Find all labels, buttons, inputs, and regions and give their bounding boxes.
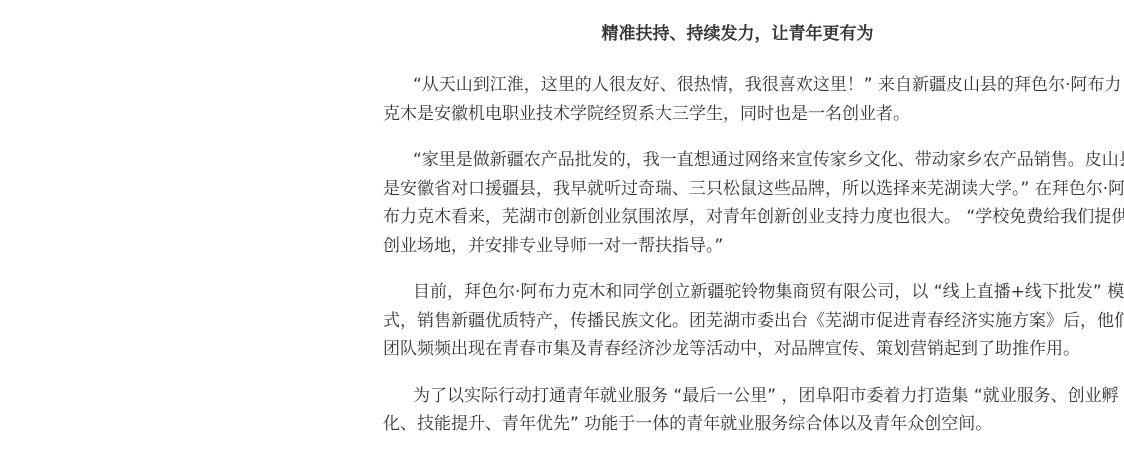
article-paragraph: “从天山到江淮，这里的人很友好、很热情，我很喜欢这里！” 来自新疆皮山县的拜色尔… xyxy=(383,71,1120,128)
paragraph-line: 布力克木看来，芜湖市创新创业氛围浓厚，对青年创新创业支持力度也很大。 “学校免费… xyxy=(383,203,1120,232)
article-paragraph: 为了以实际行动打通青年就业服务 “最后一公里” ，团阜阳市委着力打造集 “就业服… xyxy=(383,382,1120,439)
paragraph-line: 为了以实际行动打通青年就业服务 “最后一公里” ，团阜阳市委着力打造集 “就业服… xyxy=(383,382,1120,411)
article-paragraph: “家里是做新疆农产品批发的，我一直想通过网络来宣传家乡文化、带动家乡农产品销售。… xyxy=(383,146,1120,260)
page: 精准扶持、持续发力，让青年更有为 “从天山到江淮，这里的人很友好、很热情，我很喜… xyxy=(0,0,1124,456)
paragraph-line: 式，销售新疆优质特产，传播民族文化。团芜湖市委出台《芜湖市促进青春经济实施方案》… xyxy=(383,307,1120,336)
paragraph-line: 创业场地，并安排专业导师一对一帮扶指导。” xyxy=(383,232,1120,261)
paragraph-line: “家里是做新疆农产品批发的，我一直想通过网络来宣传家乡文化、带动家乡农产品销售。… xyxy=(383,146,1120,175)
paragraph-line: 目前，拜色尔·阿布力克木和同学创立新疆驼铃物集商贸有限公司，以 “线上直播+线下… xyxy=(383,278,1120,307)
article: 精准扶持、持续发力，让青年更有为 “从天山到江淮，这里的人很友好、很热情，我很喜… xyxy=(383,20,1120,456)
paragraph-line: 克木是安徽机电职业技术学院经贸系大三学生，同时也是一名创业者。 xyxy=(383,100,1120,129)
article-title: 精准扶持、持续发力，让青年更有为 xyxy=(383,20,1120,48)
article-paragraph: 目前，拜色尔·阿布力克木和同学创立新疆驼铃物集商贸有限公司，以 “线上直播+线下… xyxy=(383,278,1120,364)
paragraph-line: 团队频频出现在青春市集及青春经济沙龙等活动中，对品牌宣传、策划营销起到了助推作用… xyxy=(383,335,1120,364)
paragraph-line: 化、技能提升、青年优先” 功能于一体的青年就业服务综合体以及青年众创空间。 xyxy=(383,410,1120,439)
paragraph-line: 是安徽省对口援疆县，我早就听过奇瑞、三只松鼠这些品牌，所以选择来芜湖读大学。” … xyxy=(383,175,1120,204)
paragraph-line: “从天山到江淮，这里的人很友好、很热情，我很喜欢这里！” 来自新疆皮山县的拜色尔… xyxy=(383,71,1120,100)
